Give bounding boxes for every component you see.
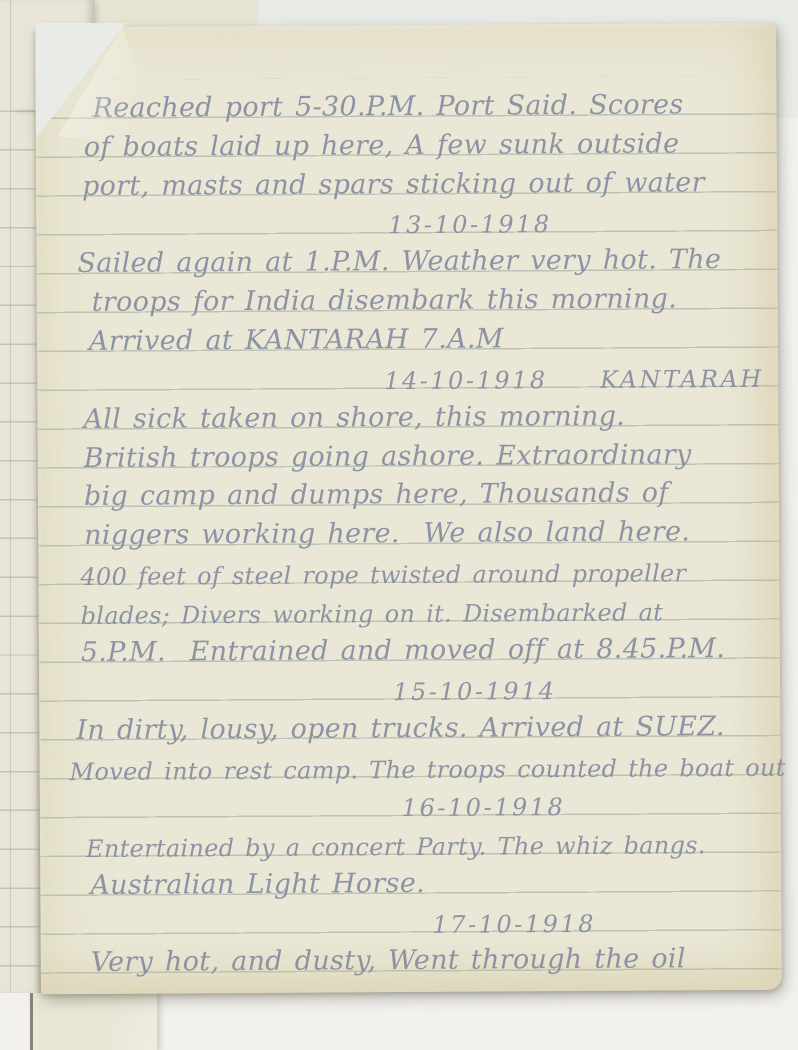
handwriting-line: troops for India disembark this morning. (92, 281, 678, 321)
handwriting-line: of boats laid up here, A few sunk outsid… (84, 126, 680, 166)
handwriting-date: 14-10-1918 KANTARAH (384, 361, 764, 399)
handwriting-line: port, masts and spars sticking out of wa… (82, 165, 705, 205)
handwriting-line: Very hot, and dusty, Went through the oi… (91, 941, 686, 981)
handwriting-line: Entertained by a concert Party. The whiz… (86, 827, 706, 867)
handwriting-line: All sick taken on shore, this morning. (83, 399, 625, 438)
handwriting-line: 400 feet of steel rope twisted around pr… (80, 555, 686, 595)
handwriting-line: Moved into rest camp. The troops counted… (69, 750, 785, 790)
handwriting-line: big camp and dumps here, Thousands of (84, 475, 669, 515)
handwriting-date: 15-10-1914 (393, 673, 557, 710)
handwriting-line: British troops going ashore. Extraordina… (84, 437, 692, 477)
handwriting-line: Arrived at KANTARAH 7.A.M (89, 321, 504, 360)
scanned-diary-photo: Reached port 5-30.P.M. Port Said. Scores… (0, 0, 798, 1050)
handwriting-line: Australian Light Horse. (90, 866, 425, 904)
handwriting-date: 17-10-1918 (432, 906, 596, 943)
handwriting-line: Sailed again at 1.P.M. Weather very hot.… (77, 242, 721, 282)
handwriting-line: In dirty, lousy, open trucks. Arrived at… (76, 709, 725, 749)
handwriting-line: niggers working here. We also land here. (84, 514, 690, 554)
handwriting-date: 16-10-1918 (402, 789, 566, 826)
page-stack-edge-line (10, 0, 11, 993)
handwriting-date: 13-10-1918 (388, 206, 552, 243)
bottom-page-stack-edge (30, 986, 157, 1050)
handwriting-line: blades; Divers working on it. Disembarke… (81, 594, 664, 634)
handwriting-line: 5.P.M. Entrained and moved off at 8.45.P… (81, 631, 726, 671)
notebook-page: Reached port 5-30.P.M. Port Said. Scores… (35, 23, 782, 995)
handwriting-line: Reached port 5-30.P.M. Port Said. Scores (92, 87, 683, 127)
